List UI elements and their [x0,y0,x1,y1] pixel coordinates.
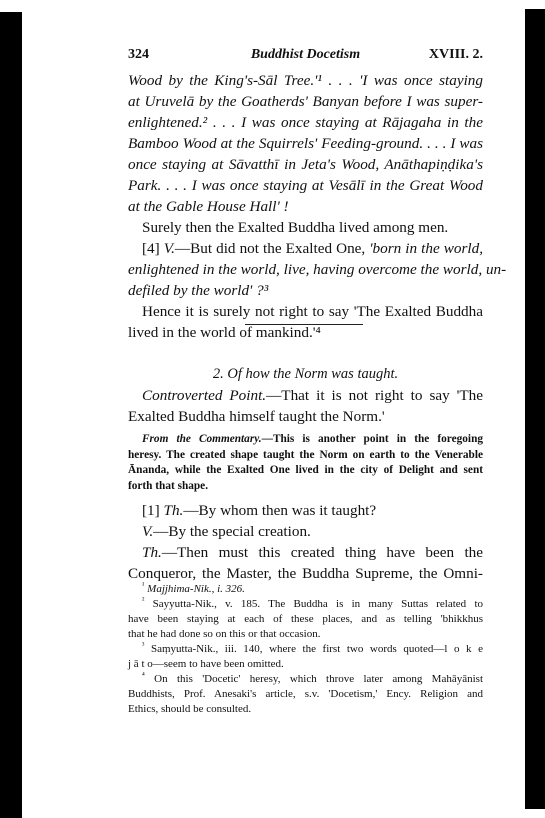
text-line: Hence it is surely not right to say 'The… [128,301,483,322]
text-line: enlightened in the world, live, having o… [128,259,483,280]
para-number: [4] [142,240,160,257]
speaker-label: Th. [164,502,184,519]
footnote-line: Ethics, should be consulted. [128,702,483,717]
dialogue-text: —By the special creation. [153,523,311,540]
speaker-label: Th. [142,544,162,561]
footnote-line: j ā t o—seem to have been omitted. [128,657,483,672]
para-4-line: [4] V.—But did not the Exalted One, 'bor… [128,238,483,259]
footnote-mark: ⁴ [142,670,145,679]
footnote-2: ² Sayyutta-Nik., v. 185. The Buddha is i… [128,597,483,612]
footnote-mark: ¹ [142,580,144,589]
conclusion-line: Surely then the Exalted Buddha lived amo… [128,217,483,238]
dialogue-text: —Then must this created thing have been … [162,544,483,561]
footnote-mark: ² [142,595,144,604]
dialogue-line: V.—By the special creation. [128,521,483,542]
footnote-text: On this 'Docetic' heresy, which throve l… [154,673,483,685]
footnote-3: ³ Saṃyutta-Nik., iii. 140, where the fir… [128,642,483,657]
footnote-mark: ³ [142,640,144,649]
text-line: Conqueror, the Master, the Buddha Suprem… [128,563,483,584]
scan-border-right [525,9,545,809]
section-heading: 2. Of how the Norm was taught. [128,366,483,383]
text-line: Controverted Point.—That it is not right… [128,385,483,406]
footnote-1: ¹ Majjhima-Nik., i. 326. [128,582,483,597]
controverted-label: Controverted Point. [142,387,266,404]
text-span: —That it is not right to say 'The [266,387,483,404]
text-line: once staying at Sāvatthī in Jeta's Wood,… [128,154,483,175]
footnote-text: Sayyutta-Nik., v. 185. The Buddha is in … [153,598,483,610]
commentary: From the Commentary.—This is another poi… [128,432,483,494]
speaker-label: V. [164,240,175,257]
controverted-point: Controverted Point.—That it is not right… [128,385,483,427]
text-line: enlightened.² . . . I was once staying a… [128,112,483,133]
dialogue: [1] Th.—By whom then was it taught? V.—B… [128,500,483,584]
text-line: Wood by the King's-Sāl Tree.'¹ . . . 'I … [128,70,483,91]
text-line: at Uruvelā by the Goatherds' Banyan befo… [128,91,483,112]
footnote-text: Saṃyutta-Nik., iii. 140, where the first… [151,643,483,655]
quote-text: 'born in the world, [369,240,483,257]
text-line: heresy. The created shape taught the Nor… [128,448,483,464]
text-line: Ānanda, while the Exalted One lived in t… [128,463,483,479]
footnote-line: Buddhists, Prof. Anesaki's article, s.v.… [128,687,483,702]
footnote-line: have been staying at each of these place… [128,612,483,627]
text-line: From the Commentary.—This is another poi… [128,432,483,448]
footnote-line: that he had done so on this or that occa… [128,627,483,642]
quoted-passage: Wood by the King's-Sāl Tree.'¹ . . . 'I … [128,70,483,343]
para-number: [1] [142,502,160,519]
para-text: —But did not the Exalted One, [175,240,369,257]
text-line: lived in the world of mankind.'⁴ [128,322,483,343]
section-number: XVIII. 2. [429,47,483,63]
dialogue-text: —By whom then was it taught? [183,502,376,519]
text-span: —This is another point in the foregoing [262,433,483,445]
running-header: 324 Buddhist Docetism XVIII. 2. [128,47,483,63]
footnote-4: ⁴ On this 'Docetic' heresy, which throve… [128,672,483,687]
footnotes: ¹ Majjhima-Nik., i. 326. ² Sayyutta-Nik.… [128,582,483,717]
text-line: defiled by the world' ?³ [128,280,483,301]
text-line: forth that shape. [128,479,483,495]
dialogue-line: [1] Th.—By whom then was it taught? [128,500,483,521]
text-line: Bamboo Wood at the Squirrels' Feeding-gr… [128,133,483,154]
section-divider [245,324,363,325]
text-line: at the Gable House Hall' ! [128,196,483,217]
text-line: Park. . . . I was once staying at Vesālī… [128,175,483,196]
speaker-label: V. [142,523,153,540]
footnote-text: Majjhima-Nik., i. 326. [147,583,245,595]
scan-border-left [0,12,22,818]
dialogue-line: Th.—Then must this created thing have be… [128,542,483,563]
commentary-label: From the Commentary. [142,433,262,445]
text-line: Exalted Buddha himself taught the Norm.' [128,406,483,427]
